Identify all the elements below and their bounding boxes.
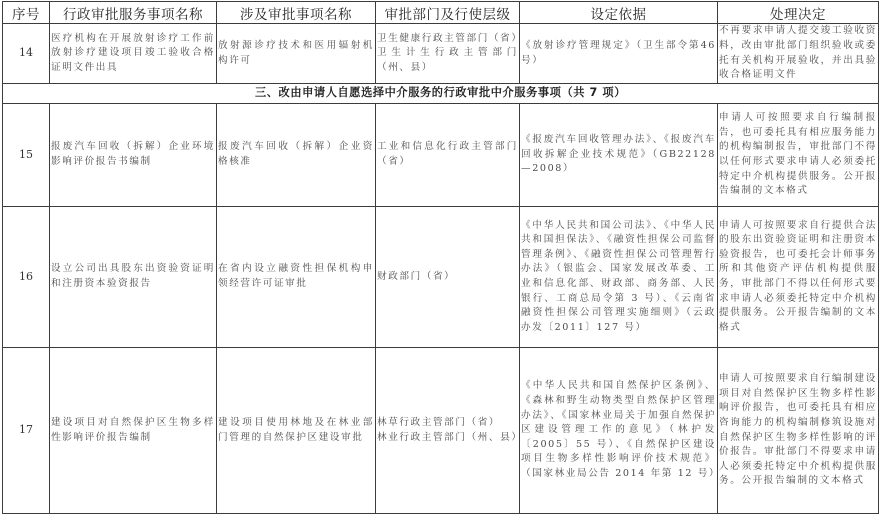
section-row: 三、改由申请人自愿选择中介服务的行政审批中介服务事项（共 7 项） — [3, 84, 879, 104]
basis-cell: 《中华人民共和国自然保护区条例》、《森林和野生动物类型自然保护区管理办法》、《国… — [520, 348, 718, 514]
table-row: 15 报废汽车回收（拆解）企业环境影响评价报告书编制 报废汽车回收（拆解）企业资… — [3, 104, 879, 207]
decision-cell: 申请人可按照要求自行提供合法的股东出资验资证明和注册资本验资报告，也可委托会计师… — [718, 207, 879, 348]
row-number: 14 — [3, 24, 50, 84]
header-decision: 处理决定 — [718, 2, 879, 24]
department-line: 工业和信息化行政主管部门（省） — [377, 140, 518, 169]
decision-cell: 不再要求申请人提交竣工验收资料，改由审批部门组织验收或委托有关机构开展验收，并出… — [718, 24, 879, 84]
basis-cell: 《报废汽车回收管理办法》、《报废汽车回收拆解企业技术规范》（GB22128—20… — [520, 104, 718, 207]
approval-item-cell: 报废汽车回收（拆解）企业资格核准 — [217, 104, 376, 207]
department-cell: 工业和信息化行政主管部门（省） — [376, 104, 520, 207]
service-item-cell: 设立公司出具股东出资验资证明和注册资本验资报告 — [50, 207, 217, 348]
department-cell: 林草行政主管部门（省） 林业行政主管部门（州、县） — [376, 348, 520, 514]
department-line: 林业行政主管部门（州、县） — [377, 431, 518, 446]
approval-item-cell: 建设项目使用林地及在林业部门管理的自然保护区建设审批 — [217, 348, 376, 514]
approval-item-cell: 在省内设立融资性担保机构申领经营许可证审批 — [217, 207, 376, 348]
header-basis: 设定依据 — [520, 2, 718, 24]
service-item-cell: 医疗机构在开展放射诊疗工作前放射诊疗建设项目竣工验收合格证明文件出具 — [50, 24, 217, 84]
basis-cell: 《中华人民共和国公司法》、《中华人民共和国担保法》、《融资性担保公司监督管理条例… — [520, 207, 718, 348]
decision-cell: 申请人可按照要求自行编制建设项目对自然保护区生物多样性影响评价报告，也可委托具有… — [718, 348, 879, 514]
header-approval-item: 涉及审批事项名称 — [217, 2, 376, 24]
table-row: 16 设立公司出具股东出资验资证明和注册资本验资报告 在省内设立融资性担保机构申… — [3, 207, 879, 348]
header-row: 序号 行政审批服务事项名称 涉及审批事项名称 审批部门及行使层级 设定依据 处理… — [3, 2, 879, 24]
intermediary-services-table: 序号 行政审批服务事项名称 涉及审批事项名称 审批部门及行使层级 设定依据 处理… — [2, 1, 879, 514]
department-line: 卫生健康行政主管部门（省） — [377, 32, 518, 47]
row-number: 17 — [3, 348, 50, 514]
header-department: 审批部门及行使层级 — [376, 2, 520, 24]
section-title: 三、改由申请人自愿选择中介服务的行政审批中介服务事项（共 7 项） — [3, 84, 879, 104]
service-item-cell: 建设项目对自然保护区生物多样性影响评价报告编制 — [50, 348, 217, 514]
table-row: 17 建设项目对自然保护区生物多样性影响评价报告编制 建设项目使用林地及在林业部… — [3, 348, 879, 514]
row-number: 15 — [3, 104, 50, 207]
department-line: 卫生计生行政主管部门（州、县） — [377, 46, 518, 75]
approval-item-cell: 放射源诊疗技术和医用辐射机构许可 — [217, 24, 376, 84]
table-row: 14 医疗机构在开展放射诊疗工作前放射诊疗建设项目竣工验收合格证明文件出具 放射… — [3, 24, 879, 84]
department-line: 林草行政主管部门（省） — [377, 416, 518, 431]
department-cell: 财政部门（省） — [376, 207, 520, 348]
basis-cell: 《放射诊疗管理规定》（卫生部令第46号） — [520, 24, 718, 84]
row-number: 16 — [3, 207, 50, 348]
header-service-item: 行政审批服务事项名称 — [50, 2, 217, 24]
header-seq: 序号 — [3, 2, 50, 24]
department-line: 财政部门（省） — [377, 270, 518, 285]
department-cell: 卫生健康行政主管部门（省） 卫生计生行政主管部门（州、县） — [376, 24, 520, 84]
service-item-cell: 报废汽车回收（拆解）企业环境影响评价报告书编制 — [50, 104, 217, 207]
decision-cell: 申请人可按照要求自行编制报告，也可委托具有相应服务能力的机构编制报告，审批部门不… — [718, 104, 879, 207]
